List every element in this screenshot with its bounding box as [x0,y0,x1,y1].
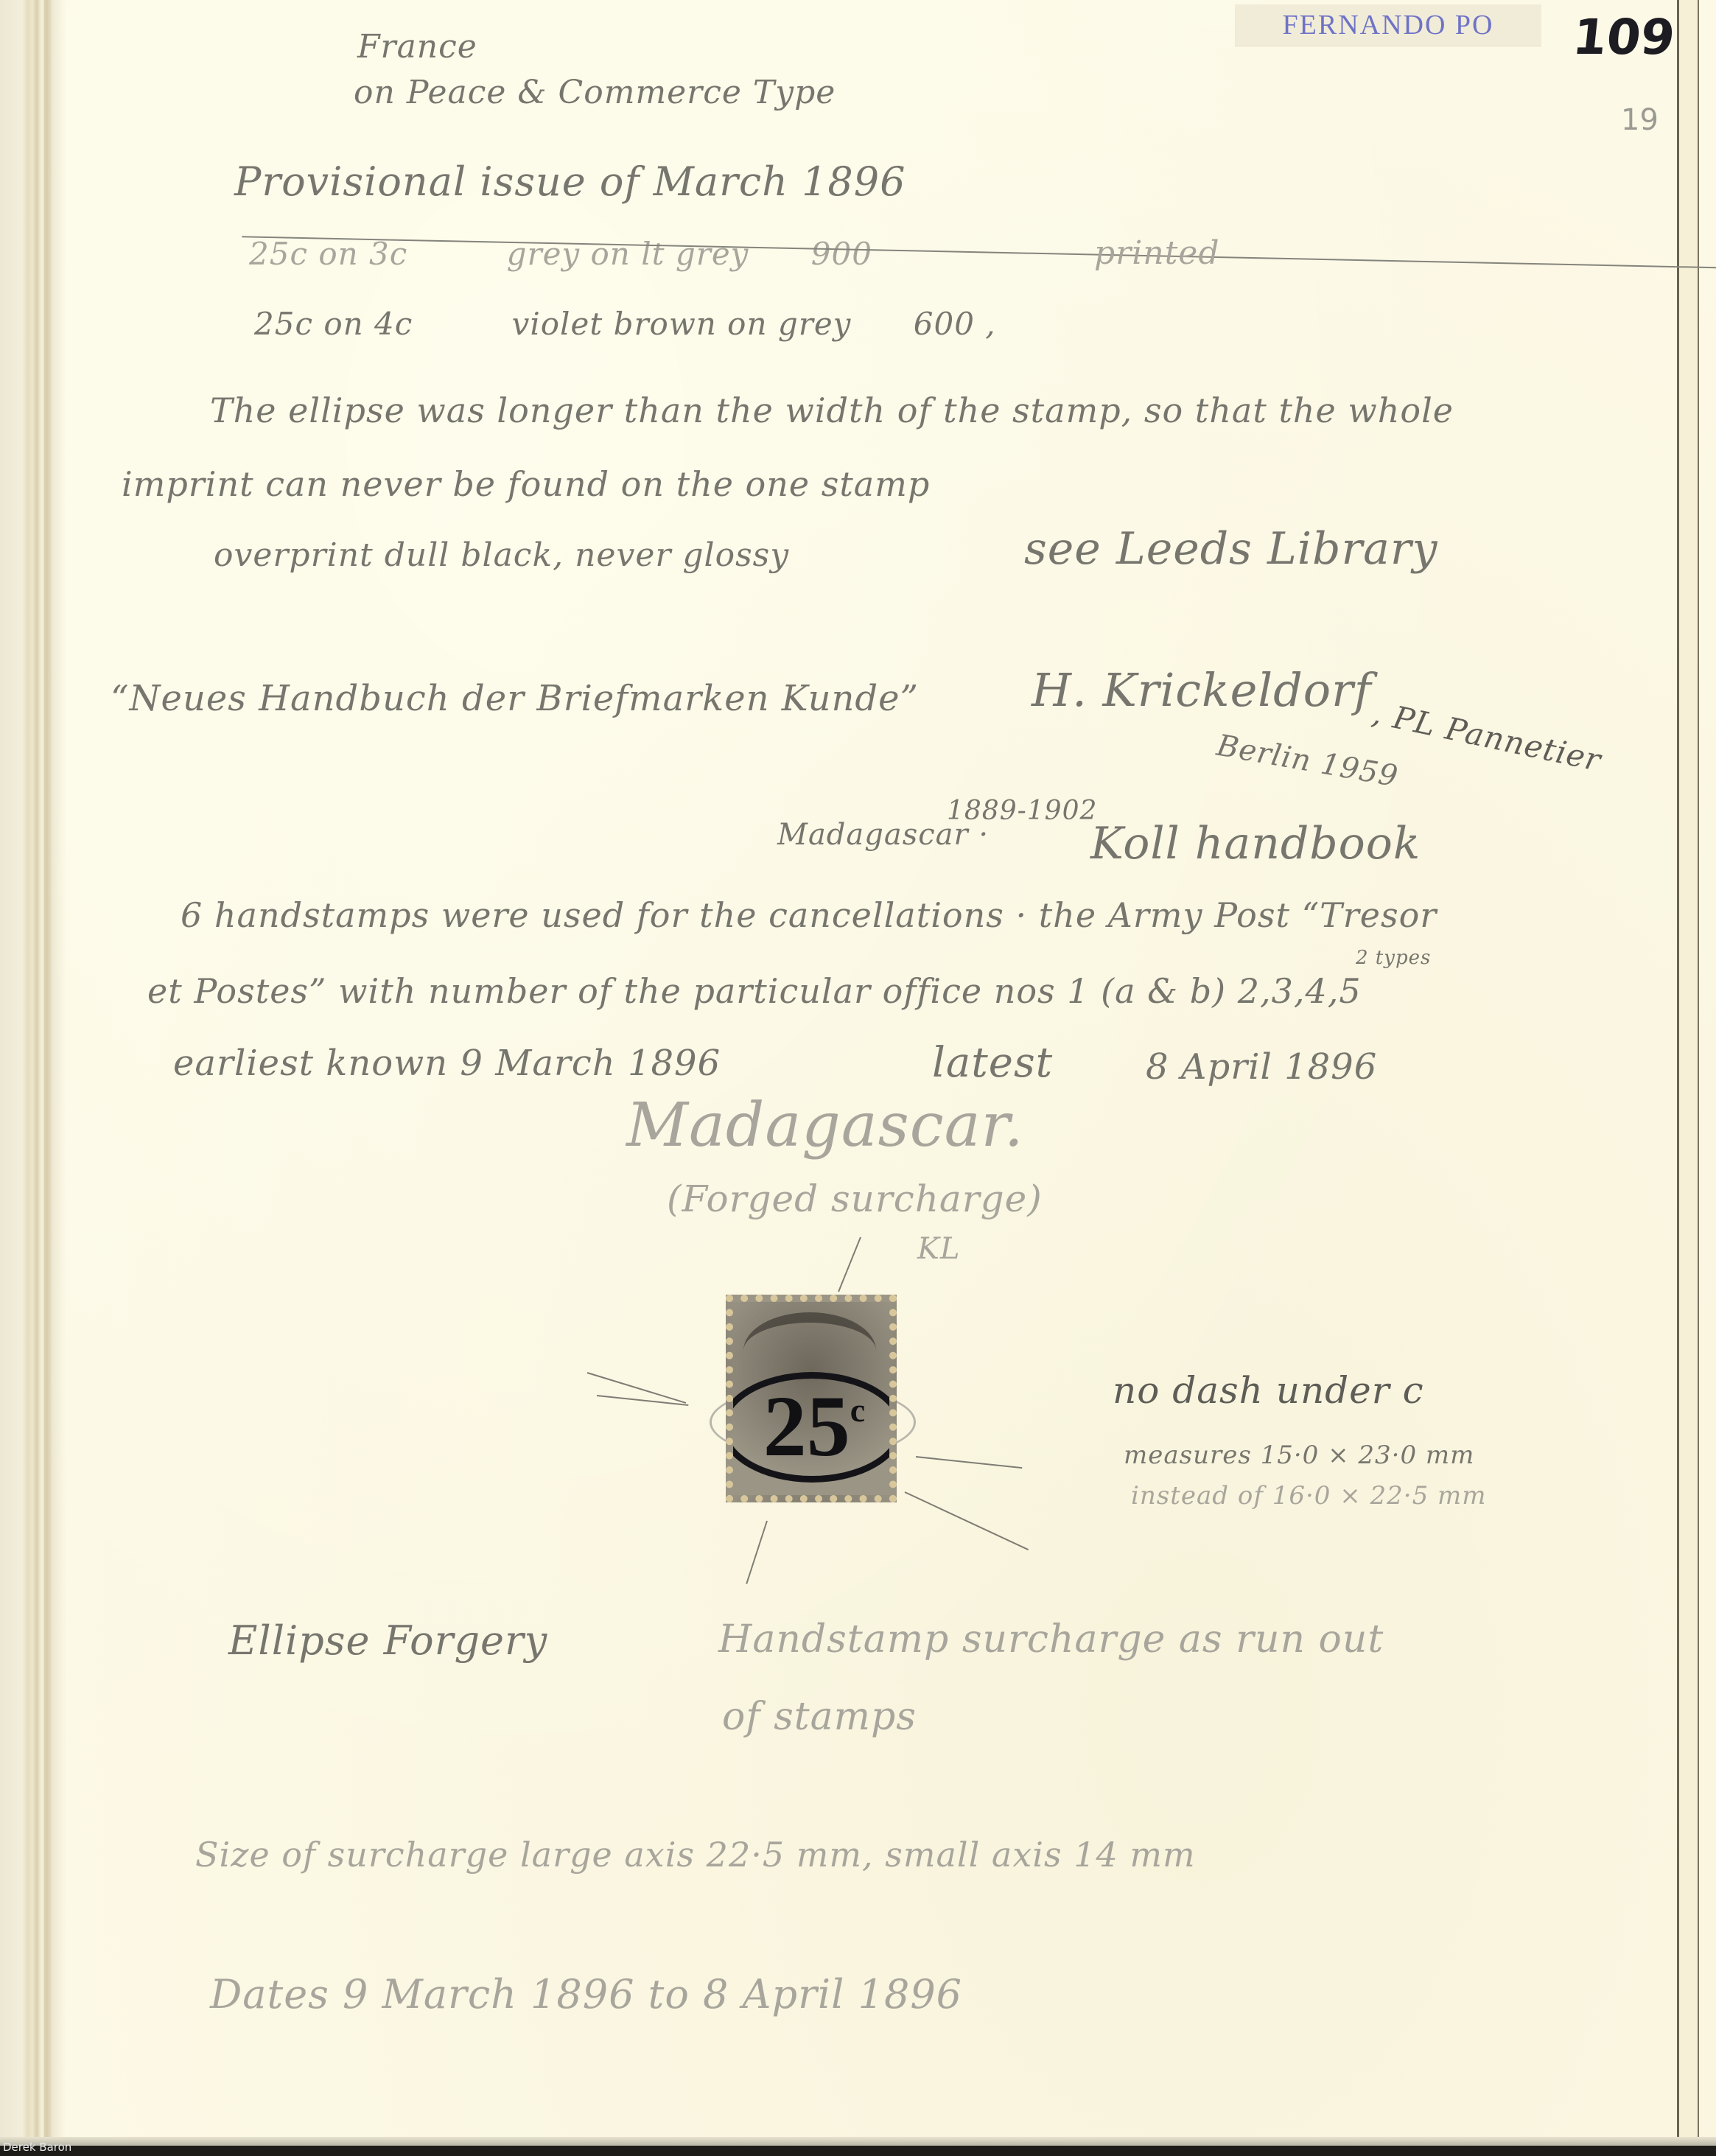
issue-color: violet brown on grey [512,306,852,342]
note-handbook-extra: , PL Pannetier [1369,695,1604,779]
pointer-line [838,1237,861,1292]
pointer-line [905,1491,1029,1550]
page-subnumber: 19 [1621,103,1659,137]
note-dates: Dates 9 March 1896 to 8 April 1896 [210,1971,962,2017]
issue-value: 25c on 4c [254,306,413,342]
page-edge-bottom [0,2137,1716,2146]
section-heading: Madagascar. [626,1091,1024,1161]
note-forgery-label: Ellipse Forgery [228,1617,547,1664]
stamp-25c-surcharge: 25c [726,1295,897,1502]
note-madagascar-small: Madagascar · [777,818,989,852]
issue-row-struck: 25c on 3c grey on lt grey 900 [249,236,1716,272]
note-forgery-desc2: of stamps [722,1695,917,1739]
note-handbook-title: “Neues Handbuch der Briefmarken Kunde” [111,678,919,719]
note-koll-handbook: Koll handbook [1090,818,1421,869]
note-instead: instead of 16·0 × 22·5 mm [1131,1481,1487,1511]
issue-color: grey on lt grey [507,236,749,272]
note-ellipse-line2: imprint can never be found on the one st… [122,464,930,504]
note-france: France [357,28,477,66]
note-ellipse-line1: The ellipse was longer than the width of… [210,391,1454,430]
issue-value: 25c on 3c [249,236,407,272]
pointer-line [746,1521,768,1584]
note-handstamps-line1: 6 handstamps were used for the cancellat… [181,895,1437,935]
section-subheading: (Forged surcharge) [667,1177,1043,1220]
issue-printed: 900 [811,236,872,272]
pointer-line [916,1456,1022,1469]
country-label: FERNANDO PO [1235,4,1541,46]
note-handstamps-line2: et Postes” with number of the particular… [147,971,1362,1011]
note-surcharge-size: Size of surcharge large axis 22·5 mm, sm… [195,1835,1196,1875]
page-edge-strip-right [1679,0,1698,2146]
photographer-watermark: Derek Baron [3,2141,71,2154]
note-handbook-place-year: Berlin 1959 [1214,729,1401,794]
section-mark: KL [917,1232,960,1266]
note-forgery-desc1: Handstamp surcharge as run out [718,1617,1384,1662]
issue-row: 25c on 4c violet brown on grey 600 , [254,306,996,342]
note-type: on Peace & Commerce Type [354,74,836,111]
note-latest-date: 8 April 1896 [1146,1046,1377,1088]
note-measures: measures 15·0 × 23·0 mm [1124,1441,1474,1470]
stamp-surcharge-value: 25c [740,1383,888,1470]
note-no-dash: no dash under c [1113,1369,1424,1412]
note-handbook-author: H. Krickeldorf [1032,663,1372,717]
page-number: 109 [1570,9,1678,66]
page-edge-line [1698,0,1699,2146]
note-handstamps-types: 2 types [1356,947,1431,969]
page-shadow [44,0,66,2146]
album-page: FERNANDO PO 109 19 France on Peace & Com… [0,0,1716,2146]
note-provisional-issue: Provisional issue of March 1896 [234,158,906,205]
issue-note: printed [1094,234,1220,272]
note-overprint: overprint dull black, never glossy [214,536,789,574]
note-see-leeds: see Leeds Library [1024,523,1437,575]
issue-printed: 600 [914,306,975,342]
issue-note: , [985,306,995,342]
note-latest-label: latest [932,1039,1053,1087]
page-edge-line [1677,0,1679,2146]
note-earliest: earliest known 9 March 1896 [173,1043,721,1084]
